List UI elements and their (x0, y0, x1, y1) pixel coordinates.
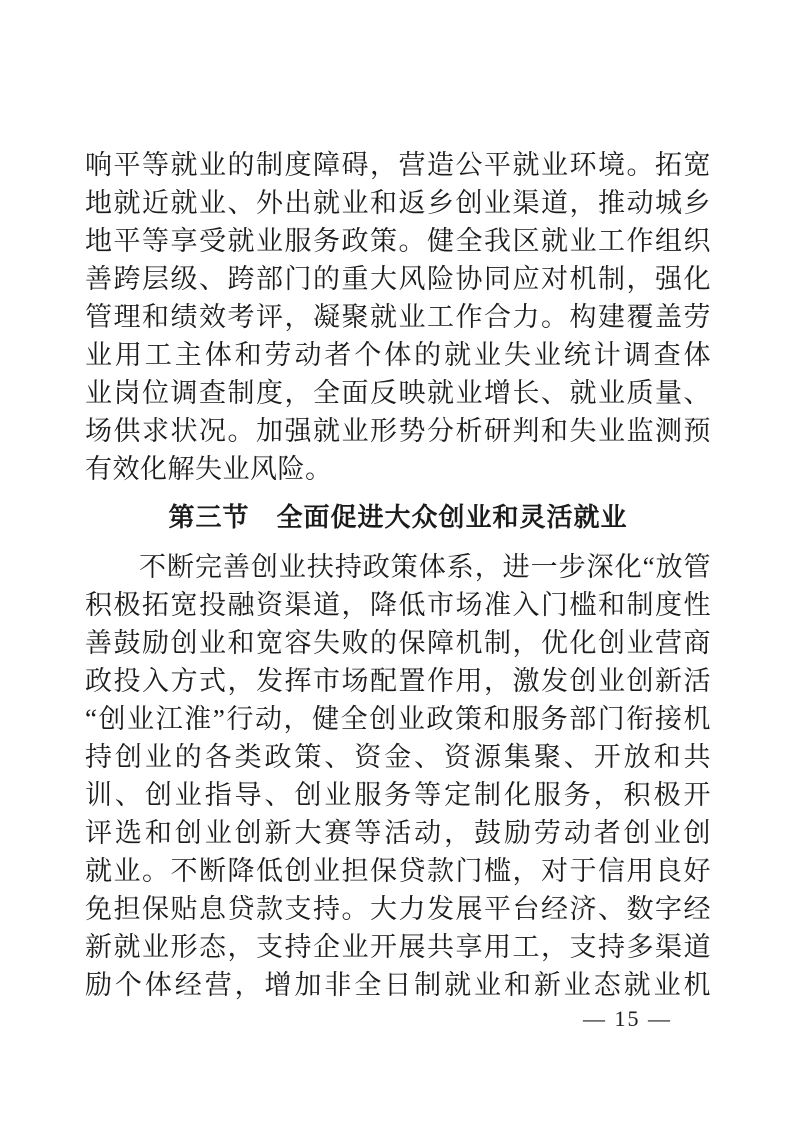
text-line: 地就近就业、外出就业和返乡创业渠道，推动城乡劳动者在就业 (85, 184, 711, 222)
text-line: 响平等就业的制度障碍，营造公平就业环境。拓宽农村劳动力就 (85, 146, 711, 184)
text-line: 管理和绩效考评，凝聚就业工作合力。构建覆盖劳动力市场、企 (85, 298, 711, 336)
text-line: 政投入方式，发挥市场配置作用，激发创业创新活力。持续实施 (85, 662, 711, 700)
text-line: 业用工主体和劳动者个体的就业失业统计调查体系，探索建立就 (85, 336, 711, 374)
section-heading: 第三节 全面促进大众创业和灵活就业 (85, 498, 711, 538)
text-line: 善鼓励创业和宽容失败的保障机制，优化创业营商环境。改革财 (85, 624, 711, 662)
text-line: 积极拓宽投融资渠道，降低市场准入门槛和制度性交易成本，完 (85, 586, 711, 624)
text-line: 就业。不断降低创业担保贷款门槛，对于信用良好的创业者给予 (85, 852, 711, 890)
page-number: — 15 — (583, 1006, 672, 1032)
text-line: 善跨层级、跨部门的重大风险协同应对机制，强化就业工作目标 (85, 260, 711, 298)
paragraph-1: 响平等就业的制度障碍，营造公平就业环境。拓宽农村劳动力就 地就近就业、外出就业和… (85, 146, 711, 488)
text-line: 评选和创业创新大赛等活动，鼓励劳动者创业创新，以创业带动 (85, 814, 711, 852)
text-line: 免担保贴息贷款支持。大力发展平台经济、数字经济、宅经济的 (85, 890, 711, 928)
document-body: 响平等就业的制度障碍，营造公平就业环境。拓宽农村劳动力就 地就近就业、外出就业和… (85, 146, 711, 1004)
text-line: 业岗位调查制度，全面反映就业增长、就业质量、失业水平、市 (85, 374, 711, 412)
text-line: “创业江淮”行动，健全创业政策和服务部门衔接机制，推动扶 (85, 700, 711, 738)
text-line: 不断完善创业扶持政策体系，进一步深化“放管服”改革， (85, 548, 711, 586)
text-line: 有效化解失业风险。 (85, 450, 711, 488)
text-line: 持创业的各类政策、资金、资源集聚、开放和共享，提供创业培 (85, 738, 711, 776)
document-page: 响平等就业的制度障碍，营造公平就业环境。拓宽农村劳动力就 地就近就业、外出就业和… (0, 0, 793, 1122)
text-line: 地平等享受就业服务政策。健全我区就业工作组织领导机制，完 (85, 222, 711, 260)
text-line: 新就业形态，支持企业开展共享用工，支持多渠道灵活就业，鼓 (85, 928, 711, 966)
paragraph-2: 不断完善创业扶持政策体系，进一步深化“放管服”改革， 积极拓宽投融资渠道，降低市… (85, 548, 711, 1004)
text-line: 训、创业指导、创业服务等定制化服务，积极开展“创业之星” (85, 776, 711, 814)
text-line: 励个体经营，增加非全日制就业和新业态就业机会，强化对灵活 (85, 966, 711, 1004)
text-line: 场供求状况。加强就业形势分析研判和失业监测预警，积极应对、 (85, 412, 711, 450)
